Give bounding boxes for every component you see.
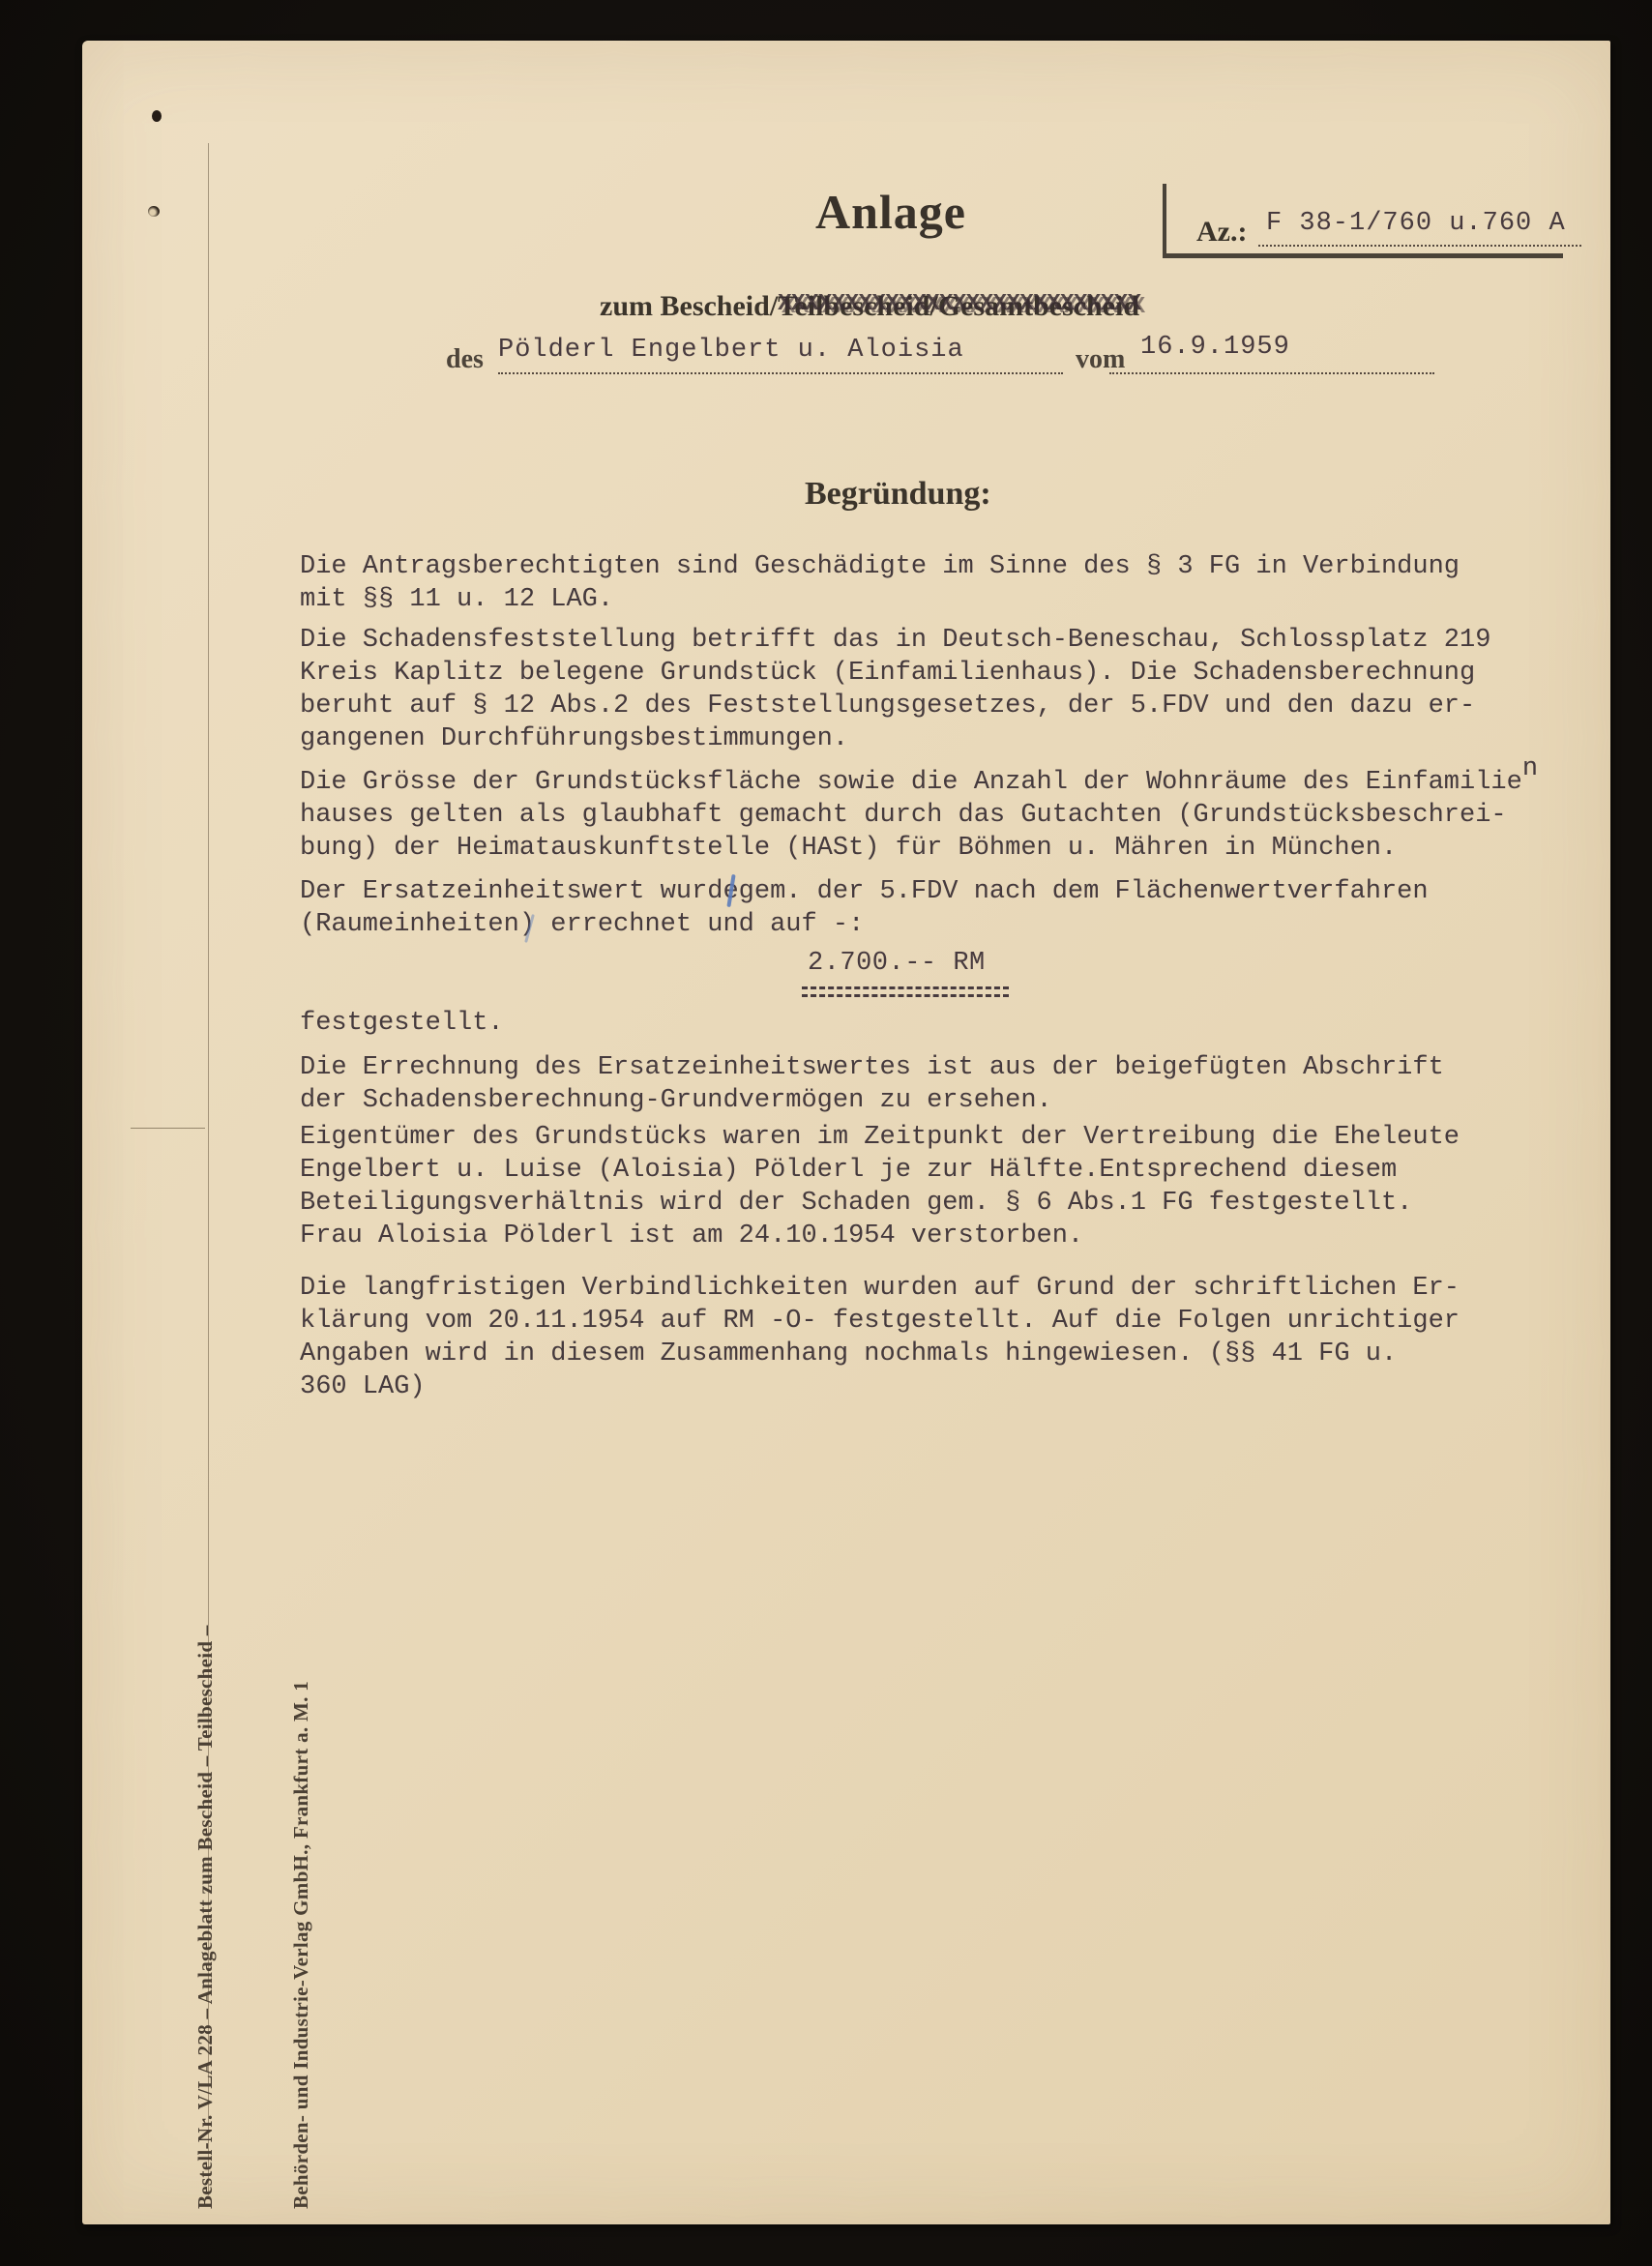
paragraph-7: Eigentümer des Grundstücks waren im Zeit… [300,1121,1460,1252]
amount-value: 2.700.-- RM [808,949,986,978]
punch-hole-mark [148,206,160,217]
typed-text-line: Die Grösse der Grundstücksfläche sowie d… [300,766,1538,799]
amount-underline [802,986,1009,997]
decision-date-field: 16.9.1959 [1109,331,1434,374]
of-label: des [446,344,484,375]
subtitle-struck-options: Teilbescheid/GesamtbescheidXXXXXXXXXXXXX… [778,290,1139,323]
typed-text-line: Der Ersatzeinheitswert wurdegem. der 5.F… [300,875,1429,908]
typed-text-line: Angaben wird in diesem Zusammenhang noch… [300,1338,1460,1370]
typed-text-line: festgestellt. [300,1007,504,1040]
typed-text-line: der Schadensberechnung-Grundvermögen zu … [300,1084,1444,1117]
az-bracket-vertical [1163,184,1166,257]
paragraph-5: festgestellt. [300,1007,504,1040]
imprint-line-1: Bestell-Nr. V/LA 228 – Anlageblatt zum B… [190,1555,221,2209]
typed-text-line: Die Antragsberechtigten sind Geschädigte… [300,550,1460,583]
fold-mark [131,1128,205,1129]
applicant-name-value: Pölderl Engelbert u. Aloisia [498,336,964,365]
imprint-line-2: Behörden- und Industrie-Verlag GmbH., Fr… [285,1555,317,2209]
typed-strikeout-2: XXXXXXXXXXXXXXXXXXXXXXXXXXX [782,294,1144,320]
typed-text-line: hauses gelten als glaubhaft gemacht durc… [300,799,1538,832]
typed-text-line: bung) der Heimatauskunftstelle (HASt) fü… [300,832,1538,865]
scan-background: Anlage Az.: F 38-1/760 u.760 A zum Besch… [0,0,1652,2266]
paragraph-4: Der Ersatzeinheitswert wurdegem. der 5.F… [300,875,1429,941]
az-label: Az.: [1196,216,1247,249]
typed-text-line: beruht auf § 12 Abs.2 des Feststellungsg… [300,690,1490,722]
subtitle-prefix: zum Bescheid/ [600,290,778,322]
typed-text-line: Die Errechnung des Ersatzeinheitswertes … [300,1051,1444,1084]
paragraph-1: Die Antragsberechtigten sind Geschädigte… [300,550,1460,616]
typed-text-line: gangenen Durchführungsbestimmungen. [300,722,1490,755]
printer-imprint-text: Bestell-Nr. V/LA 228 – Anlageblatt zum B… [126,1555,193,2209]
paragraph-2: Die Schadensfeststellung betrifft das in… [300,624,1490,755]
typed-text-line: mit §§ 11 u. 12 LAG. [300,583,1460,616]
typed-text-line: 360 LAG) [300,1370,1460,1403]
section-heading: Begründung: [805,476,991,513]
document-page: Anlage Az.: F 38-1/760 u.760 A zum Besch… [82,41,1610,2224]
typed-text-line: Kreis Kaplitz belegene Grundstück (Einfa… [300,657,1490,690]
typed-text-line: Die Schadensfeststellung betrifft das in… [300,624,1490,657]
typed-text-line: Engelbert u. Luise (Aloisia) Pölderl je … [300,1154,1460,1187]
form-subtitle: zum Bescheid/Teilbescheid/Gesamtbescheid… [600,290,1139,323]
raised-letter: n [1522,754,1538,783]
typed-text-line: Die langfristigen Verbindlichkeiten wurd… [300,1272,1460,1305]
az-dotted-line [1258,243,1581,247]
paragraph-6: Die Errechnung des Ersatzeinheitswertes … [300,1051,1444,1117]
paragraph-8: Die langfristigen Verbindlichkeiten wurd… [300,1272,1460,1403]
az-value: F 38-1/760 u.760 A [1266,209,1566,238]
typed-text-segment: Die Grösse der Grundstücksfläche sowie d… [300,768,1522,797]
ink-spot [152,110,162,122]
typed-text-line: klärung vom 20.11.1954 auf RM -O- festge… [300,1305,1460,1338]
az-bracket-horizontal [1163,253,1563,258]
typed-text-line: (Raumeinheiten) errechnet und auf -: [300,908,1429,941]
typed-text-line: Beteiligungsverhältnis wird der Schaden … [300,1187,1460,1220]
applicant-name-field: Pölderl Engelbert u. Aloisia [498,334,1063,374]
typed-text-line: Frau Aloisia Pölderl ist am 24.10.1954 v… [300,1220,1460,1252]
form-title: Anlage [815,184,966,240]
printer-imprint: Bestell-Nr. V/LA 228 – Anlageblatt zum B… [126,1555,193,2209]
decision-date-value: 16.9.1959 [1109,333,1290,362]
paragraph-3: Die Grösse der Grundstücksfläche sowie d… [300,766,1538,865]
typed-text-line: Eigentümer des Grundstücks waren im Zeit… [300,1121,1460,1154]
